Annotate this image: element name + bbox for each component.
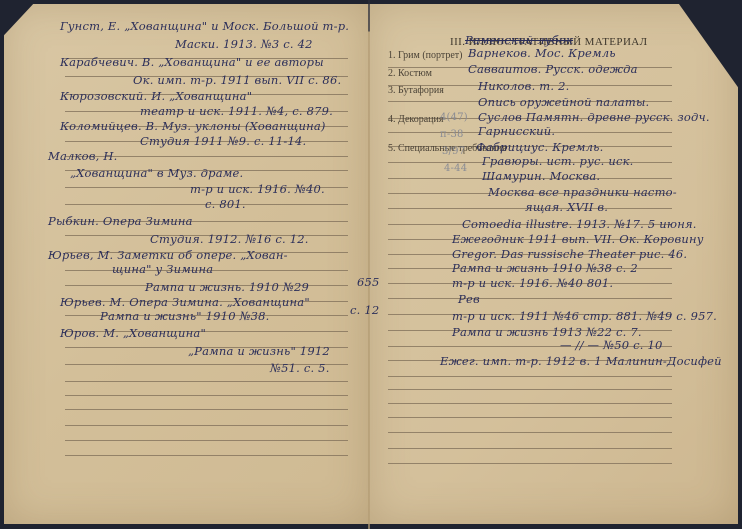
bibliography-entry: т-р и иск. 1916. №40.	[190, 182, 325, 196]
handwritten-entry: Гравюры. ист. рус. иск.	[482, 154, 634, 168]
rule-line	[65, 440, 348, 441]
margin-note: 655	[357, 275, 380, 289]
bibliography-entry: Малков, Н.	[48, 149, 117, 163]
handwritten-entry: Рампа и жизнь 1913 №22 с. 7.	[452, 325, 642, 339]
bibliography-entry: театр и иск. 1911. №4, с. 879.	[140, 104, 333, 118]
handwritten-entry: Фабрициус. Кремль.	[476, 140, 603, 154]
rule-line	[388, 417, 672, 418]
handwritten-entry: Савваитов. Русск. одежда	[468, 62, 638, 76]
handwritten-entry: Рампа и жизнь 1910 №38 с. 2	[452, 261, 638, 275]
bibliography-entry: Юров. М. „Хованщина"	[60, 326, 206, 340]
handwritten-entry: т-р и иск. 1916. №40 801.	[452, 276, 613, 290]
rule-line	[388, 463, 672, 464]
pencil-note: 3/97	[442, 146, 465, 157]
rule-line	[388, 448, 672, 449]
handwritten-entry: Суслов Памятн. древне русск. зодч.	[478, 110, 710, 124]
pencil-note: 4(47)	[440, 112, 468, 123]
bibliography-entry: Студия. 1912. №16 с. 12.	[150, 232, 309, 246]
form-label: 2. Костюм	[388, 68, 432, 79]
bibliography-entry: с. 801.	[205, 197, 246, 211]
bibliography-entry: „Хованщина" в Муз. драме.	[70, 166, 243, 180]
rule-line	[388, 376, 672, 377]
bibliography-entry: Гунст, Е. „Хованщина" и Моск. Большой т-…	[60, 19, 349, 33]
margin-note: с. 12	[350, 303, 379, 317]
handwritten-entry: Рев	[458, 292, 480, 306]
handwritten-entry: Москва все праздники насто-	[488, 185, 677, 199]
bibliography-entry: Рампа и жизнь" 1910 №38.	[100, 309, 270, 323]
rule-line	[65, 395, 348, 396]
rule-line	[388, 389, 672, 390]
rule-line	[65, 455, 348, 456]
form-label: 1. Грим (портрет)	[388, 50, 463, 61]
rule-line	[65, 409, 348, 410]
handwritten-entry: Gregor. Das russische Theater рис. 46.	[452, 247, 687, 261]
handwritten-entry: Раменский лубок	[465, 33, 573, 47]
handwritten-entry: ящая. XVII в.	[525, 200, 608, 214]
handwritten-entry: Ежегодник 1911 вып. VII. Ок. Коровину	[452, 232, 704, 246]
bibliography-entry: Кюрозовский. И. „Хованщина"	[60, 89, 252, 103]
pencil-note: п-38	[440, 129, 464, 140]
handwritten-entry: — // — №50 с. 10	[560, 338, 662, 352]
handwritten-entry: Николов. т. 2.	[478, 79, 569, 93]
bibliography-entry: Юрьев. М. Опера Зимина. „Хованщина"	[60, 295, 310, 309]
bibliography-entry: Маски. 1913. №3 с. 42	[175, 37, 313, 51]
bibliography-entry: Карабчевич. В. „Хованщина" и ее авторы	[60, 55, 324, 69]
handwritten-entry: Гарнисский.	[478, 124, 555, 138]
bibliography-entry: Ок. имп. т-р. 1911 вып. VII с. 86.	[133, 73, 341, 87]
bibliography-entry: Юрьев, М. Заметки об опере. „Хован-	[48, 248, 288, 262]
bibliography-entry: щина" у Зимина	[112, 262, 213, 276]
handwritten-entry: т-р и иск. 1911 №46 стр. 881. №49 с. 957…	[452, 309, 717, 323]
rule-line	[388, 403, 672, 404]
rule-line	[65, 381, 348, 382]
handwritten-entry: Варнеков. Мос. Кремль	[468, 46, 616, 60]
bibliography-entry: „Рампа и жизнь" 1912	[188, 344, 330, 358]
bibliography-entry: Рампа и жизнь. 1910 №29	[145, 280, 309, 294]
form-label: 4. Декорация	[388, 114, 443, 125]
bibliography-entry: Студия 1911 №9. с. 11-14.	[140, 134, 306, 148]
rule-line	[65, 425, 348, 426]
rule-line	[388, 432, 672, 433]
handwritten-entry: Опись оружейной палаты.	[478, 95, 649, 109]
handwritten-entry: Шамурин. Москва.	[482, 169, 600, 183]
handwritten-entry: Ежег. имп. т-р. 1912 в. 1 Малинин-Досифе…	[440, 354, 722, 368]
rule-line	[388, 298, 672, 299]
bibliography-entry: Коломийцев. В. Муз. уклоны (Хованщина)	[60, 119, 326, 133]
form-label: 3. Бутафория	[388, 85, 444, 96]
page-fold	[368, 0, 370, 529]
pencil-note: 4-44	[444, 163, 467, 174]
handwritten-entry: Comoedia illustre. 1913. №17. 5 июня.	[462, 217, 697, 231]
bibliography-entry: Рыбкин. Опера Зимина	[48, 214, 193, 228]
bibliography-entry: №51. с. 5.	[270, 361, 330, 375]
